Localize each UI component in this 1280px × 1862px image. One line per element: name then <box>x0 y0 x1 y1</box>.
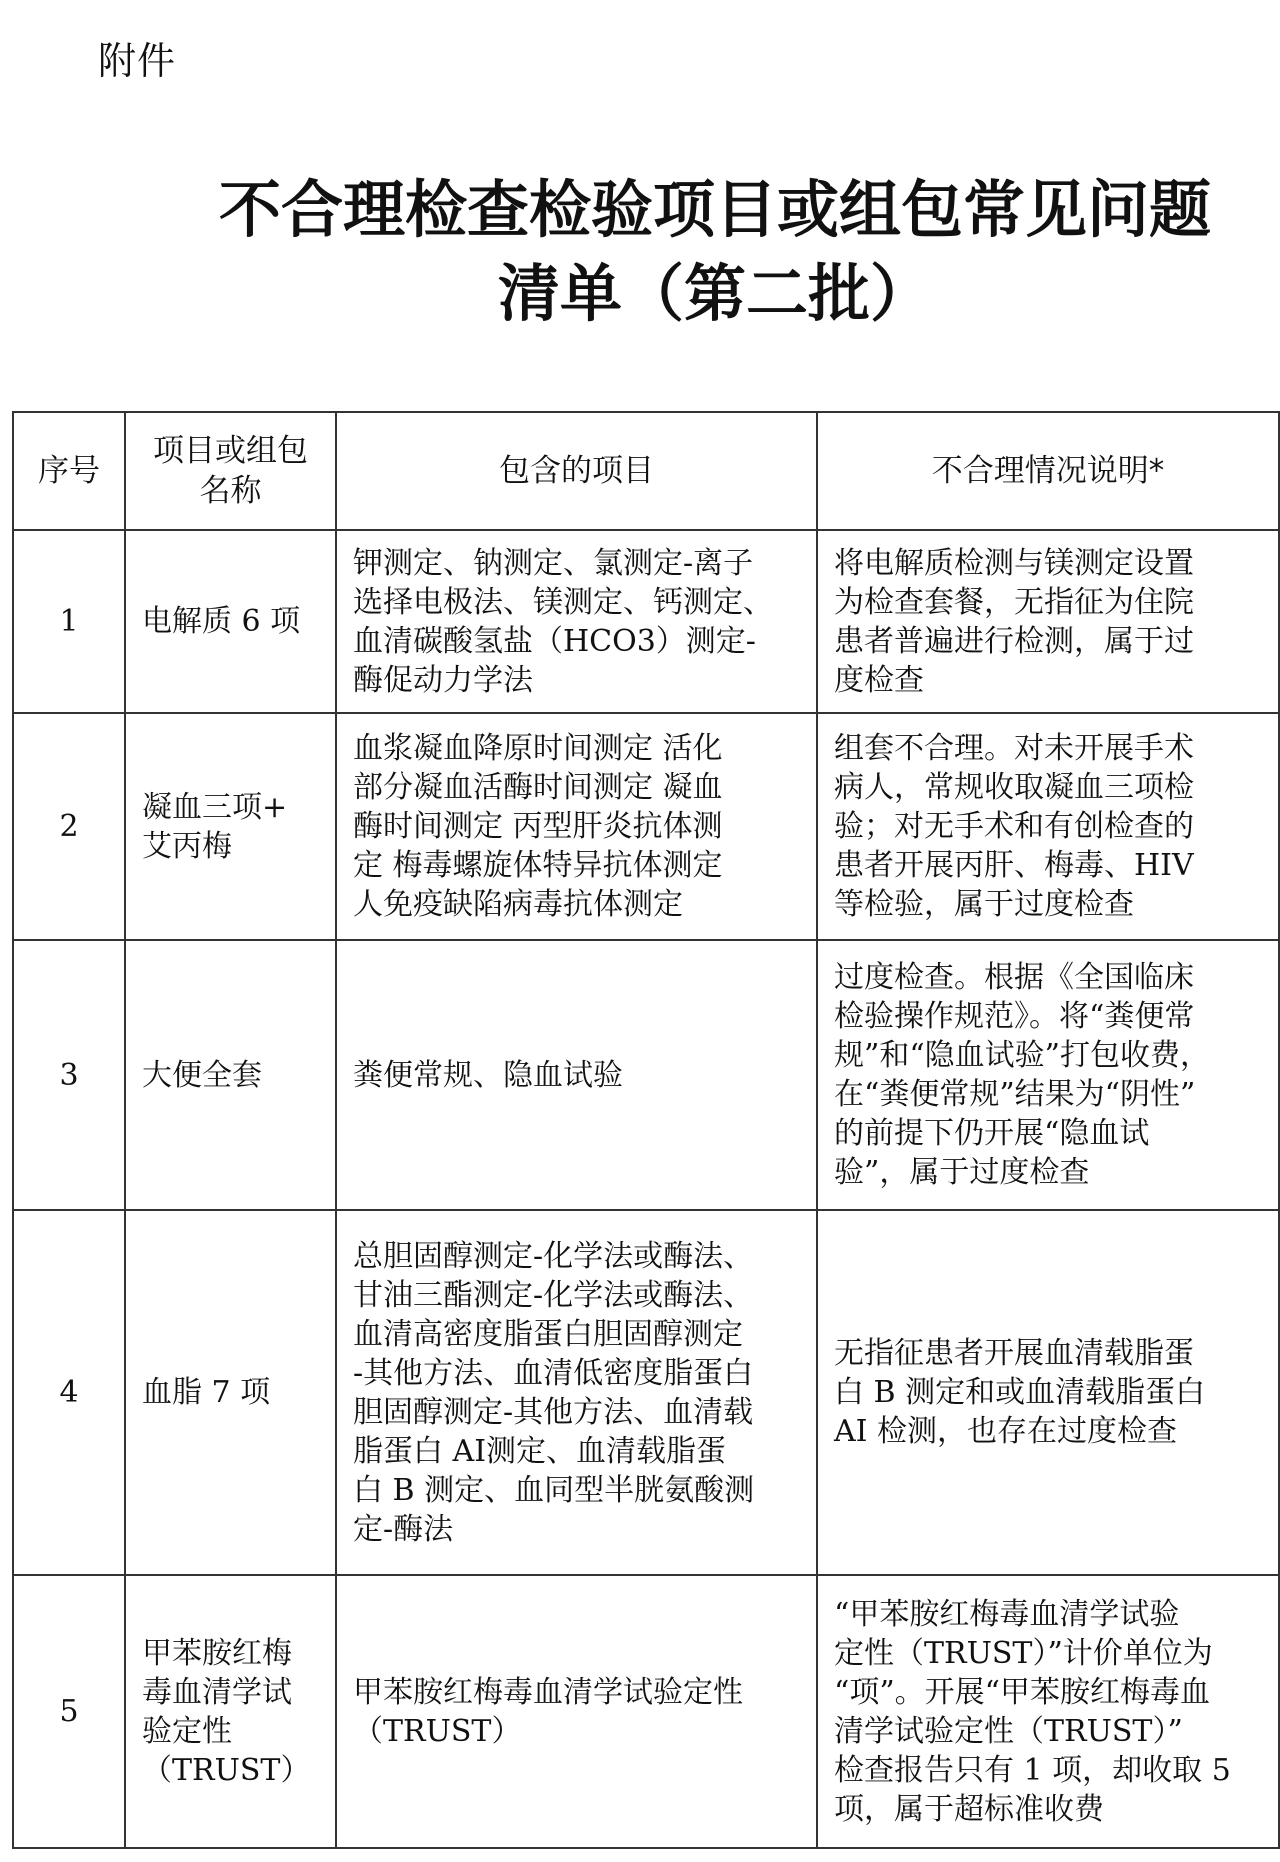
row-included-items: 血浆凝血降原时间测定 活化 部分凝血活酶时间测定 凝血 酶时间测定 丙型肝炎抗体… <box>336 713 817 940</box>
problem-list-table: 序号 项目或组包 名称 包含的项目 不合理情况说明* 1 电解质 6 项 钾测定… <box>12 411 1280 1849</box>
header-included-items: 包含的项目 <box>336 412 817 530</box>
row-description: 无指征患者开展血清载脂蛋 白 B 测定和或血清载脂蛋白 AI 检测，也存在过度检… <box>817 1210 1279 1575</box>
attachment-label: 附件 <box>98 30 176 85</box>
row-included-items: 甲苯胺红梅毒血清学试验定性 （TRUST） <box>336 1575 817 1848</box>
table-row: 4 血脂 7 项 总胆固醇测定-化学法或酶法、 甘油三酯测定-化学法或酶法、 血… <box>13 1210 1279 1575</box>
table-row: 3 大便全套 粪便常规、隐血试验 过度检查。根据《全国临床 检验操作规范》。将“… <box>13 940 1279 1210</box>
header-unreasonable-description: 不合理情况说明* <box>817 412 1279 530</box>
row-item-name: 甲苯胺红梅 毒血清学试 验定性 （TRUST） <box>125 1575 336 1848</box>
row-included-items: 钾测定、钠测定、氯测定-离子 选择电极法、镁测定、钙测定、 血清碳酸氢盐（HCO… <box>336 530 817 713</box>
document-title: 不合理检查检验项目或组包常见问题 清单（第二批） <box>0 168 1280 336</box>
row-item-name: 血脂 7 项 <box>125 1210 336 1575</box>
table-row: 1 电解质 6 项 钾测定、钠测定、氯测定-离子 选择电极法、镁测定、钙测定、 … <box>13 530 1279 713</box>
row-number: 2 <box>13 713 125 940</box>
row-number: 1 <box>13 530 125 713</box>
row-description: “甲苯胺红梅毒血清学试验 定性（TRUST）”计价单位为 “项”。开展“甲苯胺红… <box>817 1575 1279 1848</box>
header-item-name: 项目或组包 名称 <box>125 412 336 530</box>
row-item-name: 大便全套 <box>125 940 336 1210</box>
row-description: 过度检查。根据《全国临床 检验操作规范》。将“粪便常 规”和“隐血试验”打包收费… <box>817 940 1279 1210</box>
header-serial-number: 序号 <box>13 412 125 530</box>
row-item-name: 凝血三项+ 艾丙梅 <box>125 713 336 940</box>
row-number: 5 <box>13 1575 125 1848</box>
row-item-name: 电解质 6 项 <box>125 530 336 713</box>
row-number: 4 <box>13 1210 125 1575</box>
title-line-1: 不合理检查检验项目或组包常见问题 <box>0 168 1280 252</box>
table-row: 5 甲苯胺红梅 毒血清学试 验定性 （TRUST） 甲苯胺红梅毒血清学试验定性 … <box>13 1575 1279 1848</box>
table-header-row: 序号 项目或组包 名称 包含的项目 不合理情况说明* <box>13 412 1279 530</box>
row-description: 将电解质检测与镁测定设置 为检查套餐，无指征为住院 患者普遍进行检测，属于过 度… <box>817 530 1279 713</box>
row-included-items: 总胆固醇测定-化学法或酶法、 甘油三酯测定-化学法或酶法、 血清高密度脂蛋白胆固… <box>336 1210 817 1575</box>
title-line-2: 清单（第二批） <box>0 252 1280 336</box>
table-row: 2 凝血三项+ 艾丙梅 血浆凝血降原时间测定 活化 部分凝血活酶时间测定 凝血 … <box>13 713 1279 940</box>
row-description: 组套不合理。对未开展手术 病人，常规收取凝血三项检 验；对无手术和有创检查的 患… <box>817 713 1279 940</box>
row-number: 3 <box>13 940 125 1210</box>
row-included-items: 粪便常规、隐血试验 <box>336 940 817 1210</box>
